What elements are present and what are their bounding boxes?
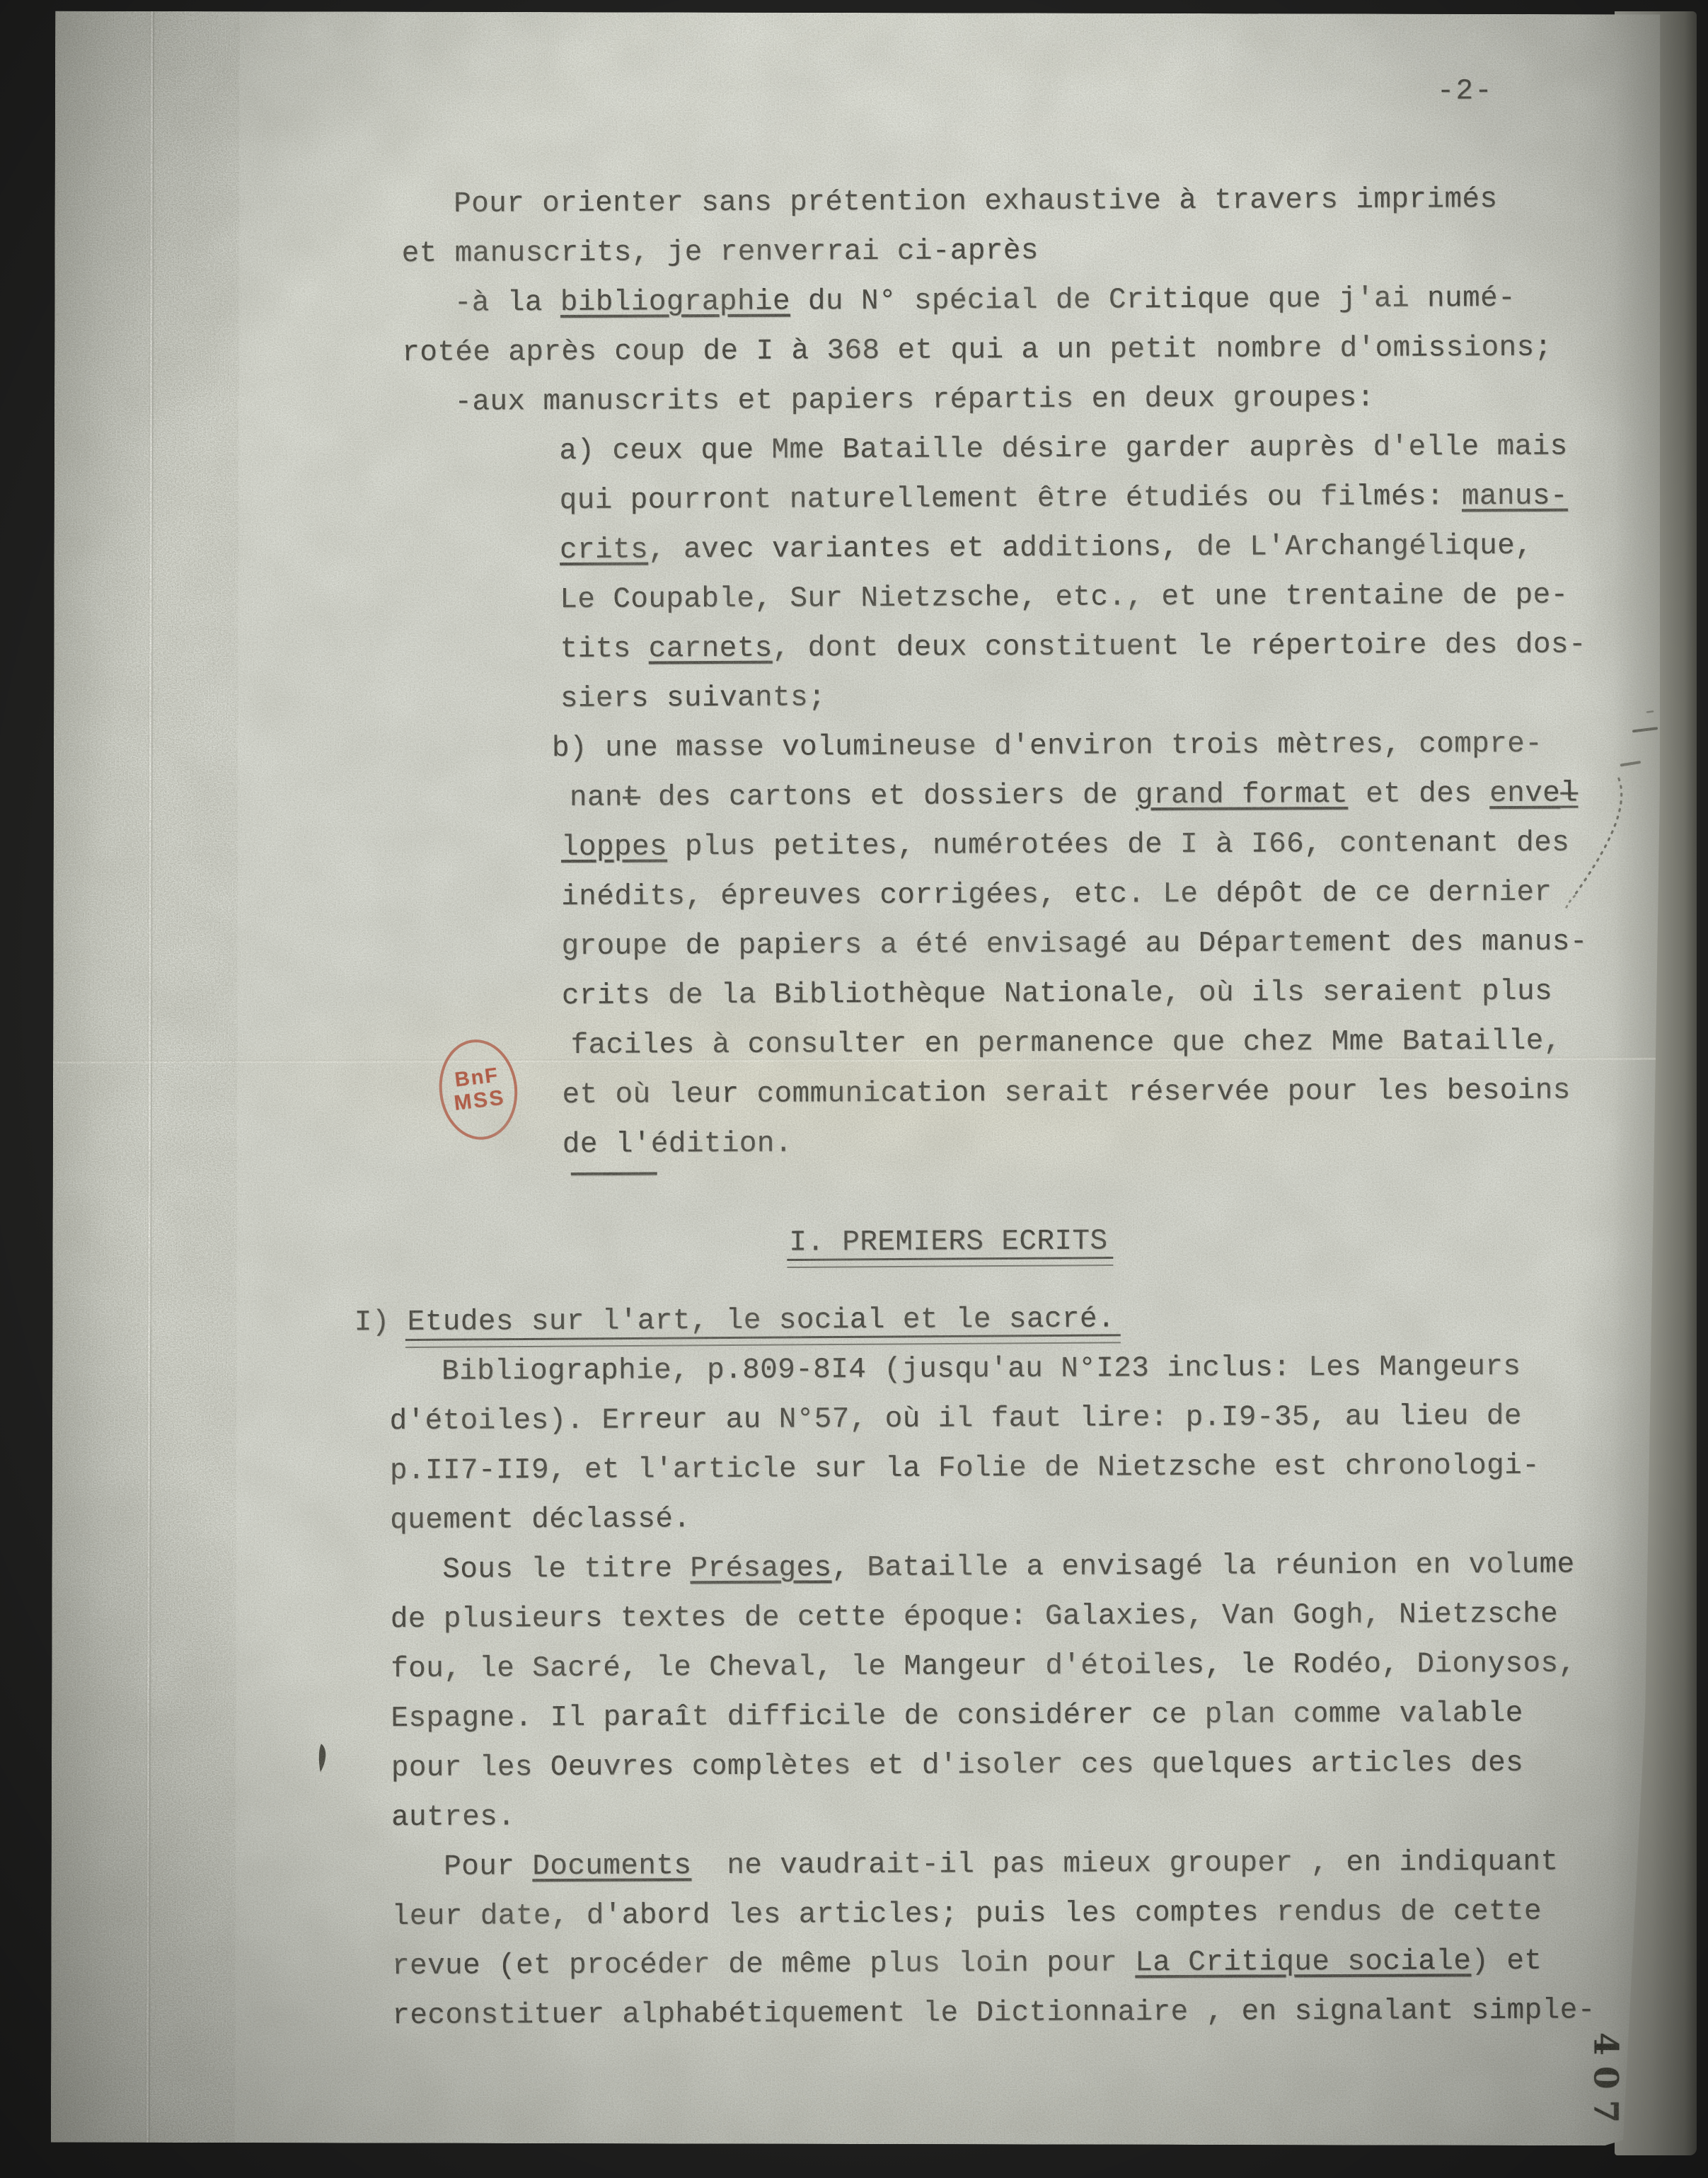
text-segment: du N° spécial de Critique que j'ai numé- bbox=[790, 282, 1516, 318]
text-line: I. PREMIERS ECRITS bbox=[789, 1214, 1599, 1267]
text-line: de l'édition. bbox=[562, 1115, 1599, 1170]
text-line: faciles à consulter en permanence que ch… bbox=[570, 1016, 1598, 1071]
text-segment: pour les Oeuvres complètes et d'isoler c… bbox=[391, 1747, 1523, 1785]
text-segment: , dont deux constituent le répertoire de… bbox=[773, 628, 1586, 664]
text-line: pour les Oeuvres complètes et d'isoler c… bbox=[391, 1738, 1602, 1793]
folio-number: 407 bbox=[1586, 2023, 1625, 2143]
text-line: I) Etudes sur l'art, le social et le sac… bbox=[354, 1292, 1600, 1347]
text-line: tits carnets, dont deux constituent le r… bbox=[560, 620, 1597, 674]
text-segment: qui pourront naturellement être étudiés … bbox=[560, 480, 1462, 517]
text-segment: nan bbox=[570, 782, 623, 814]
text-segment: , Bataille a envisagé la réunion en volu… bbox=[831, 1549, 1574, 1585]
text-line: p.II7-II9, et l'article sur la Folie de … bbox=[390, 1441, 1600, 1496]
text-segment: d'étoiles). Erreur au N°57, où il faut l… bbox=[389, 1400, 1521, 1438]
text-line: groupe de papiers a été envisagé au Dépa… bbox=[561, 917, 1598, 972]
text-line: crits de la Bibliothèque Nationale, où i… bbox=[562, 967, 1598, 1021]
text-line: crits, avec variantes et additions, de L… bbox=[560, 521, 1596, 575]
text-segment: Documents bbox=[532, 1850, 691, 1883]
text-segment: Le Coupable, Sur Nietzsche, etc., et une… bbox=[560, 580, 1568, 616]
text-segment: Bibliographie, p.809-8I4 (jusqu'au N°I23… bbox=[442, 1351, 1521, 1388]
text-segment: t bbox=[623, 782, 640, 814]
text-segment: enve bbox=[1489, 778, 1560, 810]
text-line: Espagne. Il paraît difficile de considér… bbox=[391, 1688, 1601, 1744]
text-segment: et où leur communication serait réservée… bbox=[562, 1075, 1570, 1112]
text-segment: , avec variantes et additions, de L'Arch… bbox=[648, 530, 1533, 567]
text-column: Pour orienter sans prétention exhaustive… bbox=[349, 174, 1603, 2041]
text-line: Sous le titre Présages, Bataille a envis… bbox=[442, 1540, 1600, 1594]
text-segment: autres. bbox=[391, 1801, 515, 1834]
text-line: Bibliographie, p.809-8I4 (jusqu'au N°I23… bbox=[442, 1342, 1600, 1396]
text-segment: grand format bbox=[1136, 778, 1348, 812]
text-segment: Pour orienter sans prétention exhaustive… bbox=[454, 183, 1497, 221]
text-line: autres. bbox=[391, 1787, 1602, 1843]
text-segment: plus petites, numérotées de I à I66, con… bbox=[667, 827, 1569, 864]
text-segment: leur date, d'abord les articles; puis le… bbox=[392, 1896, 1542, 1933]
text-line: reconstituer alphabétiquement le Diction… bbox=[392, 1986, 1603, 2041]
text-line: -aux manuscrits et papiers répartis en d… bbox=[454, 372, 1596, 427]
text-segment: tits bbox=[560, 633, 649, 666]
text-line: -à la bibliographie du N° spécial de Cri… bbox=[454, 273, 1596, 328]
text-segment: Pour bbox=[444, 1850, 532, 1884]
text-line: loppes plus petites, numérotées de I à I… bbox=[561, 818, 1598, 872]
text-segment: b) une masse volumineuse d'environ trois… bbox=[552, 728, 1542, 765]
text-segment: -à la bbox=[454, 287, 560, 320]
text-line: inédits, épreuves corrigées, etc. Le dép… bbox=[561, 868, 1598, 922]
text-line: de plusieurs textes de cette époque: Gal… bbox=[391, 1589, 1601, 1644]
text-line: revue (et procéder de même plus loin pou… bbox=[392, 1936, 1603, 1991]
text-line: et manuscrits, je renverrai ci-après bbox=[402, 224, 1596, 279]
text-segment: l bbox=[1560, 777, 1578, 809]
text-segment: rotée après coup de I à 368 et qui a un … bbox=[402, 332, 1552, 369]
text-segment: ne vaudrait-il pas mieux grouper , en in… bbox=[691, 1846, 1558, 1883]
text-segment: et manuscrits, je renverrai ci-après bbox=[402, 235, 1039, 270]
text-segment: p.II7-II9, et l'article sur la Folie de … bbox=[390, 1450, 1540, 1487]
text-segment: de l'édition. bbox=[562, 1128, 792, 1161]
text-segment: Sous le titre bbox=[442, 1552, 690, 1586]
text-line: rotée après coup de I à 368 et qui a un … bbox=[402, 323, 1596, 378]
text-line: d'étoiles). Erreur au N°57, où il faut l… bbox=[389, 1391, 1600, 1446]
text-line: Pour orienter sans prétention exhaustive… bbox=[454, 174, 1595, 229]
text-segment: carnets bbox=[649, 633, 773, 666]
text-line: fou, le Sacré, le Cheval, le Mangeur d'é… bbox=[391, 1639, 1601, 1694]
text-line: qui pourront naturellement être étudiés … bbox=[560, 471, 1596, 526]
text-line: Le Coupable, Sur Nietzsche, etc., et une… bbox=[560, 570, 1596, 625]
text-segment: Etudes sur l'art, le social et le sacré. bbox=[408, 1303, 1115, 1339]
text-line: leur date, d'abord les articles; puis le… bbox=[392, 1886, 1603, 1942]
text-segment: siers suivants; bbox=[560, 681, 826, 715]
stamp-line-mss: MSS bbox=[453, 1086, 507, 1116]
text-segment: La Critique sociale bbox=[1135, 1945, 1471, 1979]
text-segment: manus- bbox=[1462, 480, 1568, 514]
text-segment: Espagne. Il paraît difficile de considér… bbox=[391, 1698, 1523, 1735]
text-segment: Présages bbox=[690, 1552, 831, 1585]
text-segment: quement déclassé. bbox=[390, 1503, 691, 1537]
separator-rule-row bbox=[571, 1165, 1599, 1219]
text-segment: ) et bbox=[1471, 1945, 1542, 1978]
text-line: b) une masse volumineuse d'environ trois… bbox=[552, 719, 1597, 773]
text-segment: -aux manuscrits et papiers répartis en d… bbox=[454, 382, 1374, 419]
document-page: -2- Pour orienter sans prétention exhaus… bbox=[51, 11, 1661, 2146]
scanned-document-screenshot: { "document": { "kind": "typewritten arc… bbox=[0, 0, 1708, 2178]
typewritten-text-layer: -2- Pour orienter sans prétention exhaus… bbox=[54, 11, 1661, 2146]
text-segment: a) ceux que Mme Bataille désire garder a… bbox=[559, 431, 1567, 468]
text-segment: loppes bbox=[561, 831, 667, 864]
text-line: siers suivants; bbox=[560, 669, 1597, 724]
text-segment: groupe de papiers a été envisagé au Dépa… bbox=[561, 926, 1587, 963]
text-segment: faciles à consulter en permanence que ch… bbox=[570, 1025, 1561, 1062]
text-line: quement déclassé. bbox=[390, 1490, 1600, 1545]
text-line: et où leur communication serait réservée… bbox=[562, 1066, 1598, 1120]
page-number: -2- bbox=[1437, 75, 1494, 108]
text-segment: bibliographie bbox=[560, 286, 790, 319]
text-segment: et des bbox=[1348, 778, 1489, 811]
text-line: nant des cartons et dossiers de grand fo… bbox=[570, 768, 1598, 823]
text-segment: des cartons et dossiers de bbox=[640, 779, 1136, 814]
separator-rule bbox=[571, 1172, 657, 1175]
text-segment: inédits, épreuves corrigées, etc. Le dép… bbox=[561, 877, 1552, 914]
text-segment: revue (et procéder de même plus loin pou… bbox=[392, 1947, 1135, 1983]
text-segment: fou, le Sacré, le Cheval, le Mangeur d'é… bbox=[391, 1648, 1576, 1686]
text-segment: I) bbox=[354, 1306, 408, 1339]
text-segment: reconstituer alphabétiquement le Diction… bbox=[392, 1994, 1595, 2032]
text-line: a) ceux que Mme Bataille désire garder a… bbox=[559, 422, 1596, 476]
text-segment: crits de la Bibliothèque Nationale, où i… bbox=[562, 976, 1552, 1013]
text-segment: I. PREMIERS ECRITS bbox=[789, 1226, 1107, 1260]
text-line: Pour Documents ne vaudrait-il pas mieux … bbox=[444, 1837, 1602, 1891]
text-segment: de plusieurs textes de cette époque: Gal… bbox=[391, 1598, 1558, 1636]
text-segment: crits bbox=[560, 534, 648, 567]
